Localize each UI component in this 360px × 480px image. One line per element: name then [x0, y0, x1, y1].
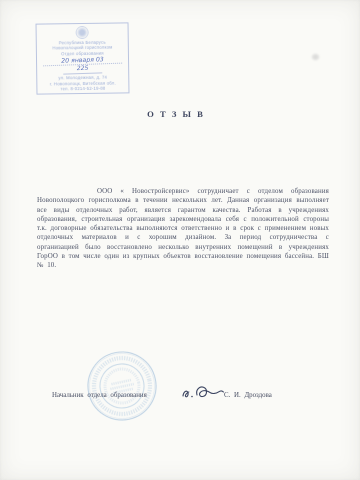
corner-stamp: Республика Беларусь Новополоцкий гориспо… [36, 22, 130, 94]
body-paragraph: ООО « Новостройсервис» сотрудничает с от… [37, 187, 329, 271]
document-title: О Т З Ы В [0, 109, 352, 119]
signature-position-title: Начальник отдела образования [52, 392, 147, 399]
round-stamp [78, 342, 166, 430]
signer-name: С. И. Дроздова [224, 392, 272, 399]
stamp-address-line: тел. 8-0214-52-19-88 [37, 85, 128, 92]
signature-squiggle-icon [179, 381, 229, 405]
stamp-emblem-icon [76, 26, 89, 39]
scan-artifact [312, 54, 319, 60]
stamp-handwritten-number: 225 [63, 65, 102, 74]
